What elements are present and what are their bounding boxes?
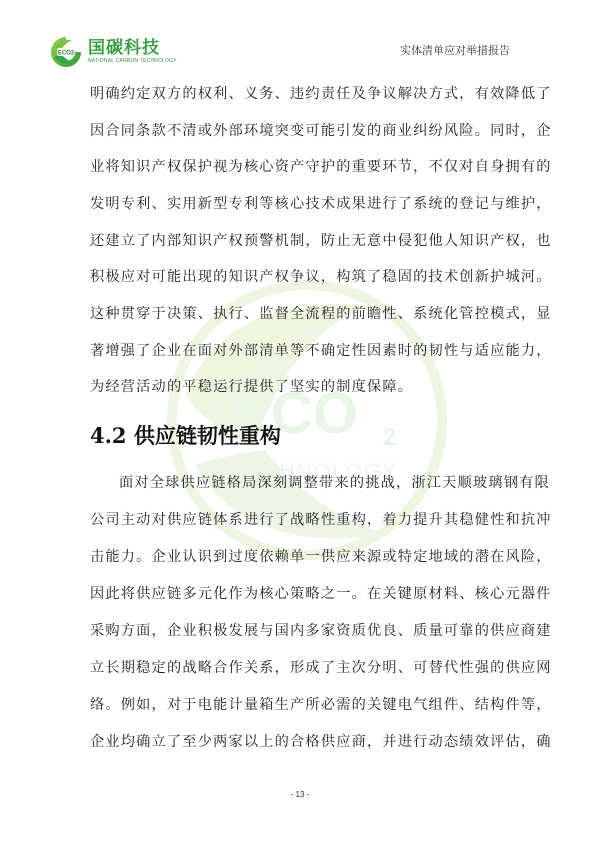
logo-wordmark: 国碳科技 NATIONAL CARBON TECHNOLOGY [88,39,177,65]
text-line: 还建立了内部知识产权预警机制，防止无意中侵犯他人知识产权，也 [90,232,510,250]
text-line: 这种贯穿于决策、执行、监督全流程的前瞻性、系统化管控模式，显 [90,305,510,323]
text-line: 著增强了企业在面对外部清单等不确定性因素时的韧性与适应能力， [90,342,510,360]
section-heading: 4.2 供应链韧性重构 [90,420,281,450]
text-line: 为经营活动的平稳运行提供了坚实的制度保障。 [90,378,510,396]
text-line: 明确约定双方的权利、义务、违约责任及争议解决方式，有效降低了 [90,85,510,103]
company-name-en: NATIONAL CARBON TECHNOLOGY [88,58,177,65]
text-line: 积极应对可能出现的知识产权争议，构筑了稳固的技术创新护城河。 [90,268,510,286]
text-line: 采购方面，企业积极发展与国内多家资质优良、质量可靠的供应商建 [90,622,510,640]
text-line: 企业均确立了至少两家以上的合格供应商，并进行动态绩效评估，确 [90,733,510,751]
text-line: 公司主动对供应链体系进行了战略性重构，着力提升其稳健性和抗冲 [90,511,510,529]
text-line: 立长期稳定的战略合作关系，形成了主次分明、可替代性强的供应网 [90,659,510,677]
text-line: 发明专利、实用新型专利等核心技术成果进行了系统的登记与维护， [90,195,510,213]
eco2-leaf-logo-icon: ECO2 [50,36,82,68]
company-name-cn: 国碳科技 [88,39,177,58]
document-page: ECO2 国碳科技 NATIONAL CARBON TECHNOLOGY 实体清… [0,0,600,849]
page-number: - 13 - [0,790,600,799]
text-line: 因此将供应链多元化作为核心策略之一。在关键原材料、核心元器件 [90,585,510,603]
company-logo: ECO2 国碳科技 NATIONAL CARBON TECHNOLOGY [50,36,177,68]
document-title: 实体清单应对举措报告 [400,42,510,58]
text-line: 击能力。企业认识到过度依赖单一供应来源或特定地域的潜在风险， [90,548,510,566]
text-line: 因合同条款不清或外部环境突变可能引发的商业纠纷风险。同时，企 [90,122,510,140]
svg-text:ECO2: ECO2 [58,50,75,56]
page-header: ECO2 国碳科技 NATIONAL CARBON TECHNOLOGY 实体清… [0,0,600,72]
text-line: 络。例如，对于电能计量箱生产所必需的关键电气组件、结构件等， [90,696,510,714]
text-line: 面对全球供应链格局深刻调整带来的挑战，浙江天顺玻璃钢有限 [119,474,510,492]
text-line: 业将知识产权保护视为核心资产守护的重要环节，不仅对自身拥有的 [90,158,510,176]
watermark-subscript-text: 2 [383,424,396,451]
